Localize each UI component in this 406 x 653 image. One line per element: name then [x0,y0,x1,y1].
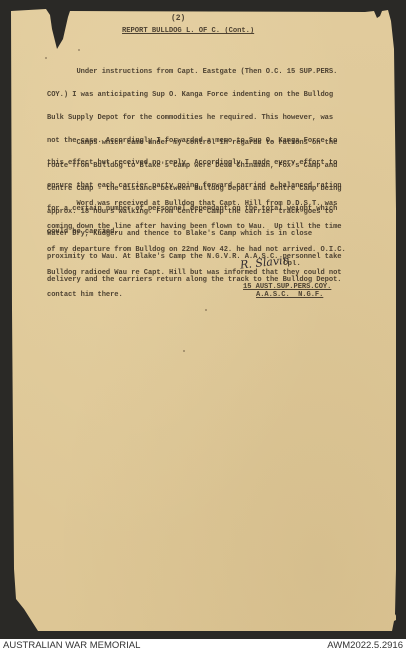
paper-speck [183,350,185,352]
paper-speck [78,49,80,51]
text-line: Bulk Supply Depot for the commodities he… [47,115,342,123]
text-line: Word was received at Bulldog that Capt. … [47,201,346,209]
document-title: REPORT BULLDOG L. OF C. (Cont.) [122,28,254,36]
unit-line-2: A.A.S.C. N.G.F. [256,292,323,300]
text-line: Camps which came under my control in reg… [47,140,342,148]
institution-name: AUSTRALIAN WAR MEMORIAL [3,640,140,651]
text-line: Under instructions from Capt. Eastgate (… [47,69,342,77]
text-line: of my departure from Bulldog on 22nd Nov… [47,247,346,255]
text-line: coming down the line after having been f… [47,224,346,232]
text-line: route from Bulldog to Blake's Camp were … [47,163,342,171]
signatory-rank: Cpl. [283,261,301,269]
page-number: (2) [171,15,185,23]
footer-caption: AUSTRALIAN WAR MEMORIAL AWM2022.5.2916 [0,639,406,653]
text-line: Bulldog radioed Wau re Capt. Hill but wa… [47,270,346,278]
scan-image-area: (2) REPORT BULLDOG L. OF C. (Cont.) Unde… [0,0,406,639]
document-viewer: (2) REPORT BULLDOG L. OF C. (Cont.) Unde… [0,0,406,653]
text-line: COY.) I was anticipating Sup O. Kanga Fo… [47,92,342,100]
accession-number: AWM2022.5.2916 [327,640,403,651]
